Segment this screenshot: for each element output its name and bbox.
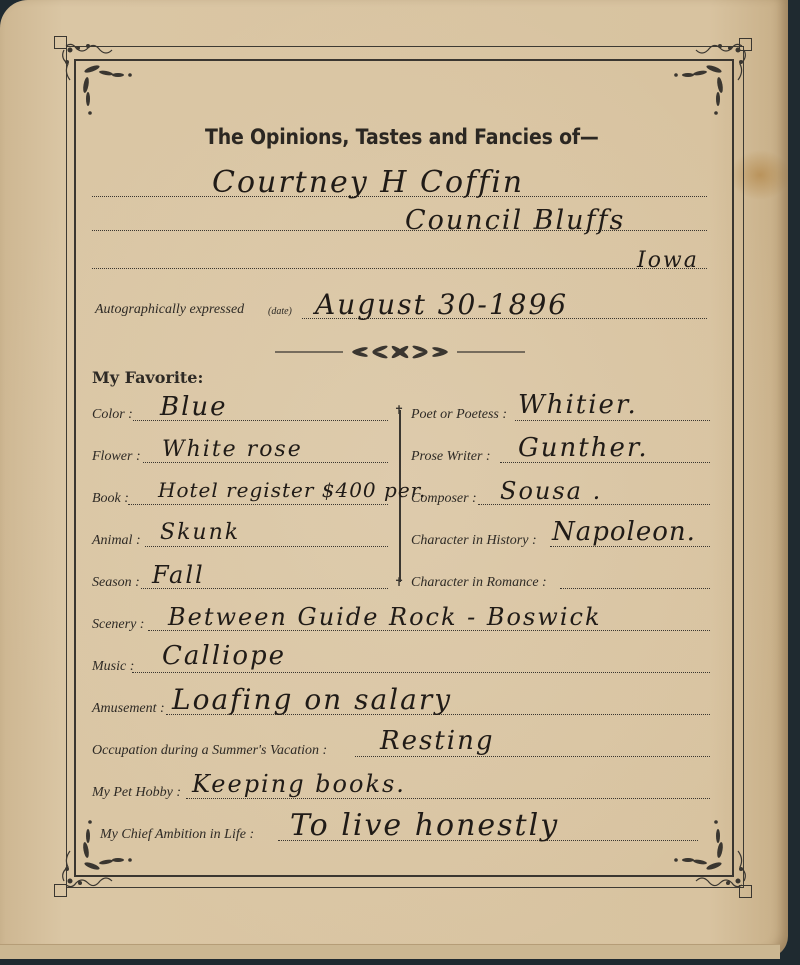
field-label-ambition: My Chief Ambition in Life :: [100, 827, 254, 843]
field-line-hobby: [186, 798, 710, 799]
divider-ornament: [275, 343, 525, 361]
field-label-color: Color :: [92, 407, 133, 423]
field-label-vacation: Occupation during a Summer's Vacation :: [92, 743, 327, 759]
field-value-vacation: Resting: [380, 726, 494, 756]
section-heading: My Favorite:: [92, 368, 203, 387]
field-value-flower: White rose: [162, 437, 303, 462]
leaf-spray-bottom-right: [668, 812, 728, 872]
field-value-music: Calliope: [162, 641, 286, 671]
field-line-music: [132, 672, 710, 673]
field-label-prose-writer: Prose Writer :: [411, 449, 491, 465]
owner-state: Iowa: [637, 248, 699, 273]
field-value-scenery: Between Guide Rock - Boswick: [168, 603, 602, 631]
field-value-ambition: To live honestly: [290, 808, 559, 843]
album-page: The Opinions, Tastes and Fancies of— Cou…: [0, 0, 788, 958]
field-label-music: Music :: [92, 659, 134, 675]
field-value-poet: Whitier.: [518, 390, 638, 420]
owner-name: Courtney H Coffin: [212, 165, 524, 200]
field-line-poet: [515, 420, 710, 421]
field-label-scenery: Scenery :: [92, 617, 144, 633]
field-line-book: [128, 504, 388, 505]
field-label-hobby: My Pet Hobby :: [92, 785, 181, 801]
date-label: Autographically expressed: [95, 302, 244, 318]
date-value: August 30-1896: [315, 288, 568, 321]
field-value-animal: Skunk: [160, 520, 240, 545]
field-label-amusement: Amusement :: [92, 701, 165, 717]
field-value-prose-writer: Gunther.: [518, 433, 649, 463]
field-line-animal: [145, 546, 388, 547]
field-label-composer: Composer :: [411, 491, 477, 507]
field-value-character-history: Napoleon.: [552, 517, 696, 547]
date-label-suffix: (date): [268, 306, 292, 317]
field-value-hobby: Keeping books.: [192, 770, 406, 798]
field-line-vacation: [355, 756, 710, 757]
field-value-composer: Sousa .: [500, 477, 602, 505]
field-label-season: Season :: [92, 575, 140, 591]
field-value-season: Fall: [152, 561, 205, 589]
field-label-flower: Flower :: [92, 449, 141, 465]
leaf-spray-top-left: [78, 63, 138, 123]
field-label-book: Book :: [92, 491, 129, 507]
divider-cross-top: ✝: [394, 403, 404, 418]
page-edge: [0, 944, 780, 959]
field-line-character-romance: [560, 588, 710, 589]
page-title: The Opinions, Tastes and Fancies of—: [205, 125, 599, 149]
field-label-character-romance: Character in Romance :: [411, 575, 547, 591]
owner-line-3: [92, 268, 707, 269]
field-value-color: Blue: [160, 392, 228, 422]
field-line-flower: [143, 462, 388, 463]
field-value-amusement: Loafing on salary: [172, 683, 452, 716]
field-label-poet: Poet or Poetess :: [411, 407, 507, 423]
field-label-character-history: Character in History :: [411, 533, 537, 549]
field-label-animal: Animal :: [92, 533, 141, 549]
owner-city: Council Bluffs: [405, 205, 625, 236]
field-value-book: Hotel register $400 per.: [158, 478, 426, 502]
leaf-spray-top-right: [668, 63, 728, 123]
divider-cross-bottom: ✝: [394, 575, 404, 590]
